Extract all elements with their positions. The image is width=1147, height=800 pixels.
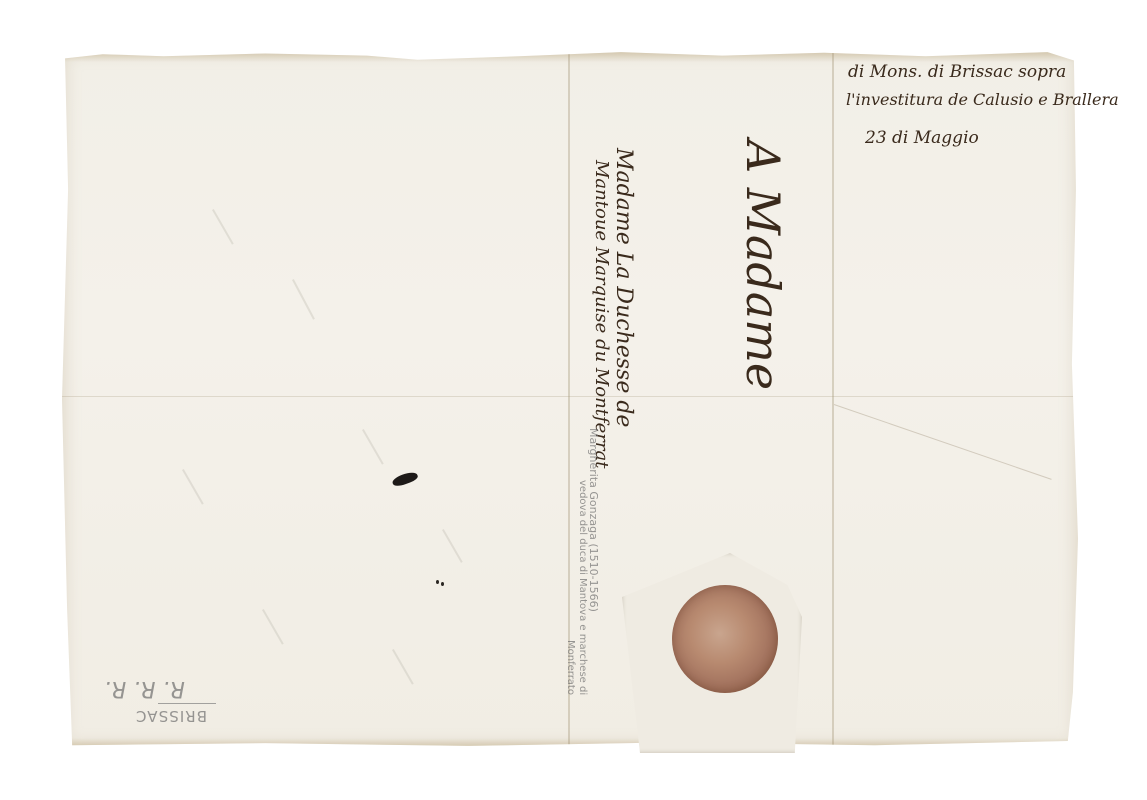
- bleed-through-mark: [262, 609, 284, 645]
- diagonal-crease: [834, 404, 1052, 480]
- address-line-1: Madame La Duchesse de: [611, 148, 636, 427]
- paper-edge-top: [62, 50, 1078, 62]
- docket-line-2: l'investitura de Calusio e Brallera: [846, 90, 1119, 109]
- bleed-through-mark: [392, 649, 414, 685]
- paper-edge-bottom: [62, 738, 1078, 748]
- collector-mark: R. R. R.: [104, 676, 185, 701]
- ink-speck: [441, 582, 444, 586]
- wax-seal: [672, 585, 778, 693]
- ink-speck: [436, 580, 439, 584]
- docket-line-1: di Mons. di Brissac sopra: [848, 62, 1066, 82]
- fold-line-horizontal: [62, 396, 1078, 397]
- bleed-through-mark: [182, 469, 204, 505]
- archival-note-line-1: Margherita Gonzaga (1510-1566): [587, 428, 600, 612]
- collector-name: BRISSAC: [135, 707, 207, 725]
- archival-note-line-3: Monferrato: [565, 640, 576, 695]
- bleed-through-mark: [292, 279, 315, 320]
- bleed-through-mark: [442, 529, 463, 563]
- archival-note-line-2: vedova del duca di Mantova e marchese di: [577, 480, 588, 695]
- collector-mark-underline: [158, 703, 216, 704]
- fold-line-right: [832, 50, 834, 748]
- bleed-through-mark: [362, 429, 384, 465]
- address-line-2: Mantoue Marquise du Montferrat: [591, 160, 612, 468]
- bleed-through-mark: [212, 209, 234, 245]
- docket-line-3: 23 di Maggio: [865, 128, 979, 148]
- address-salutation: A Madame: [736, 140, 790, 390]
